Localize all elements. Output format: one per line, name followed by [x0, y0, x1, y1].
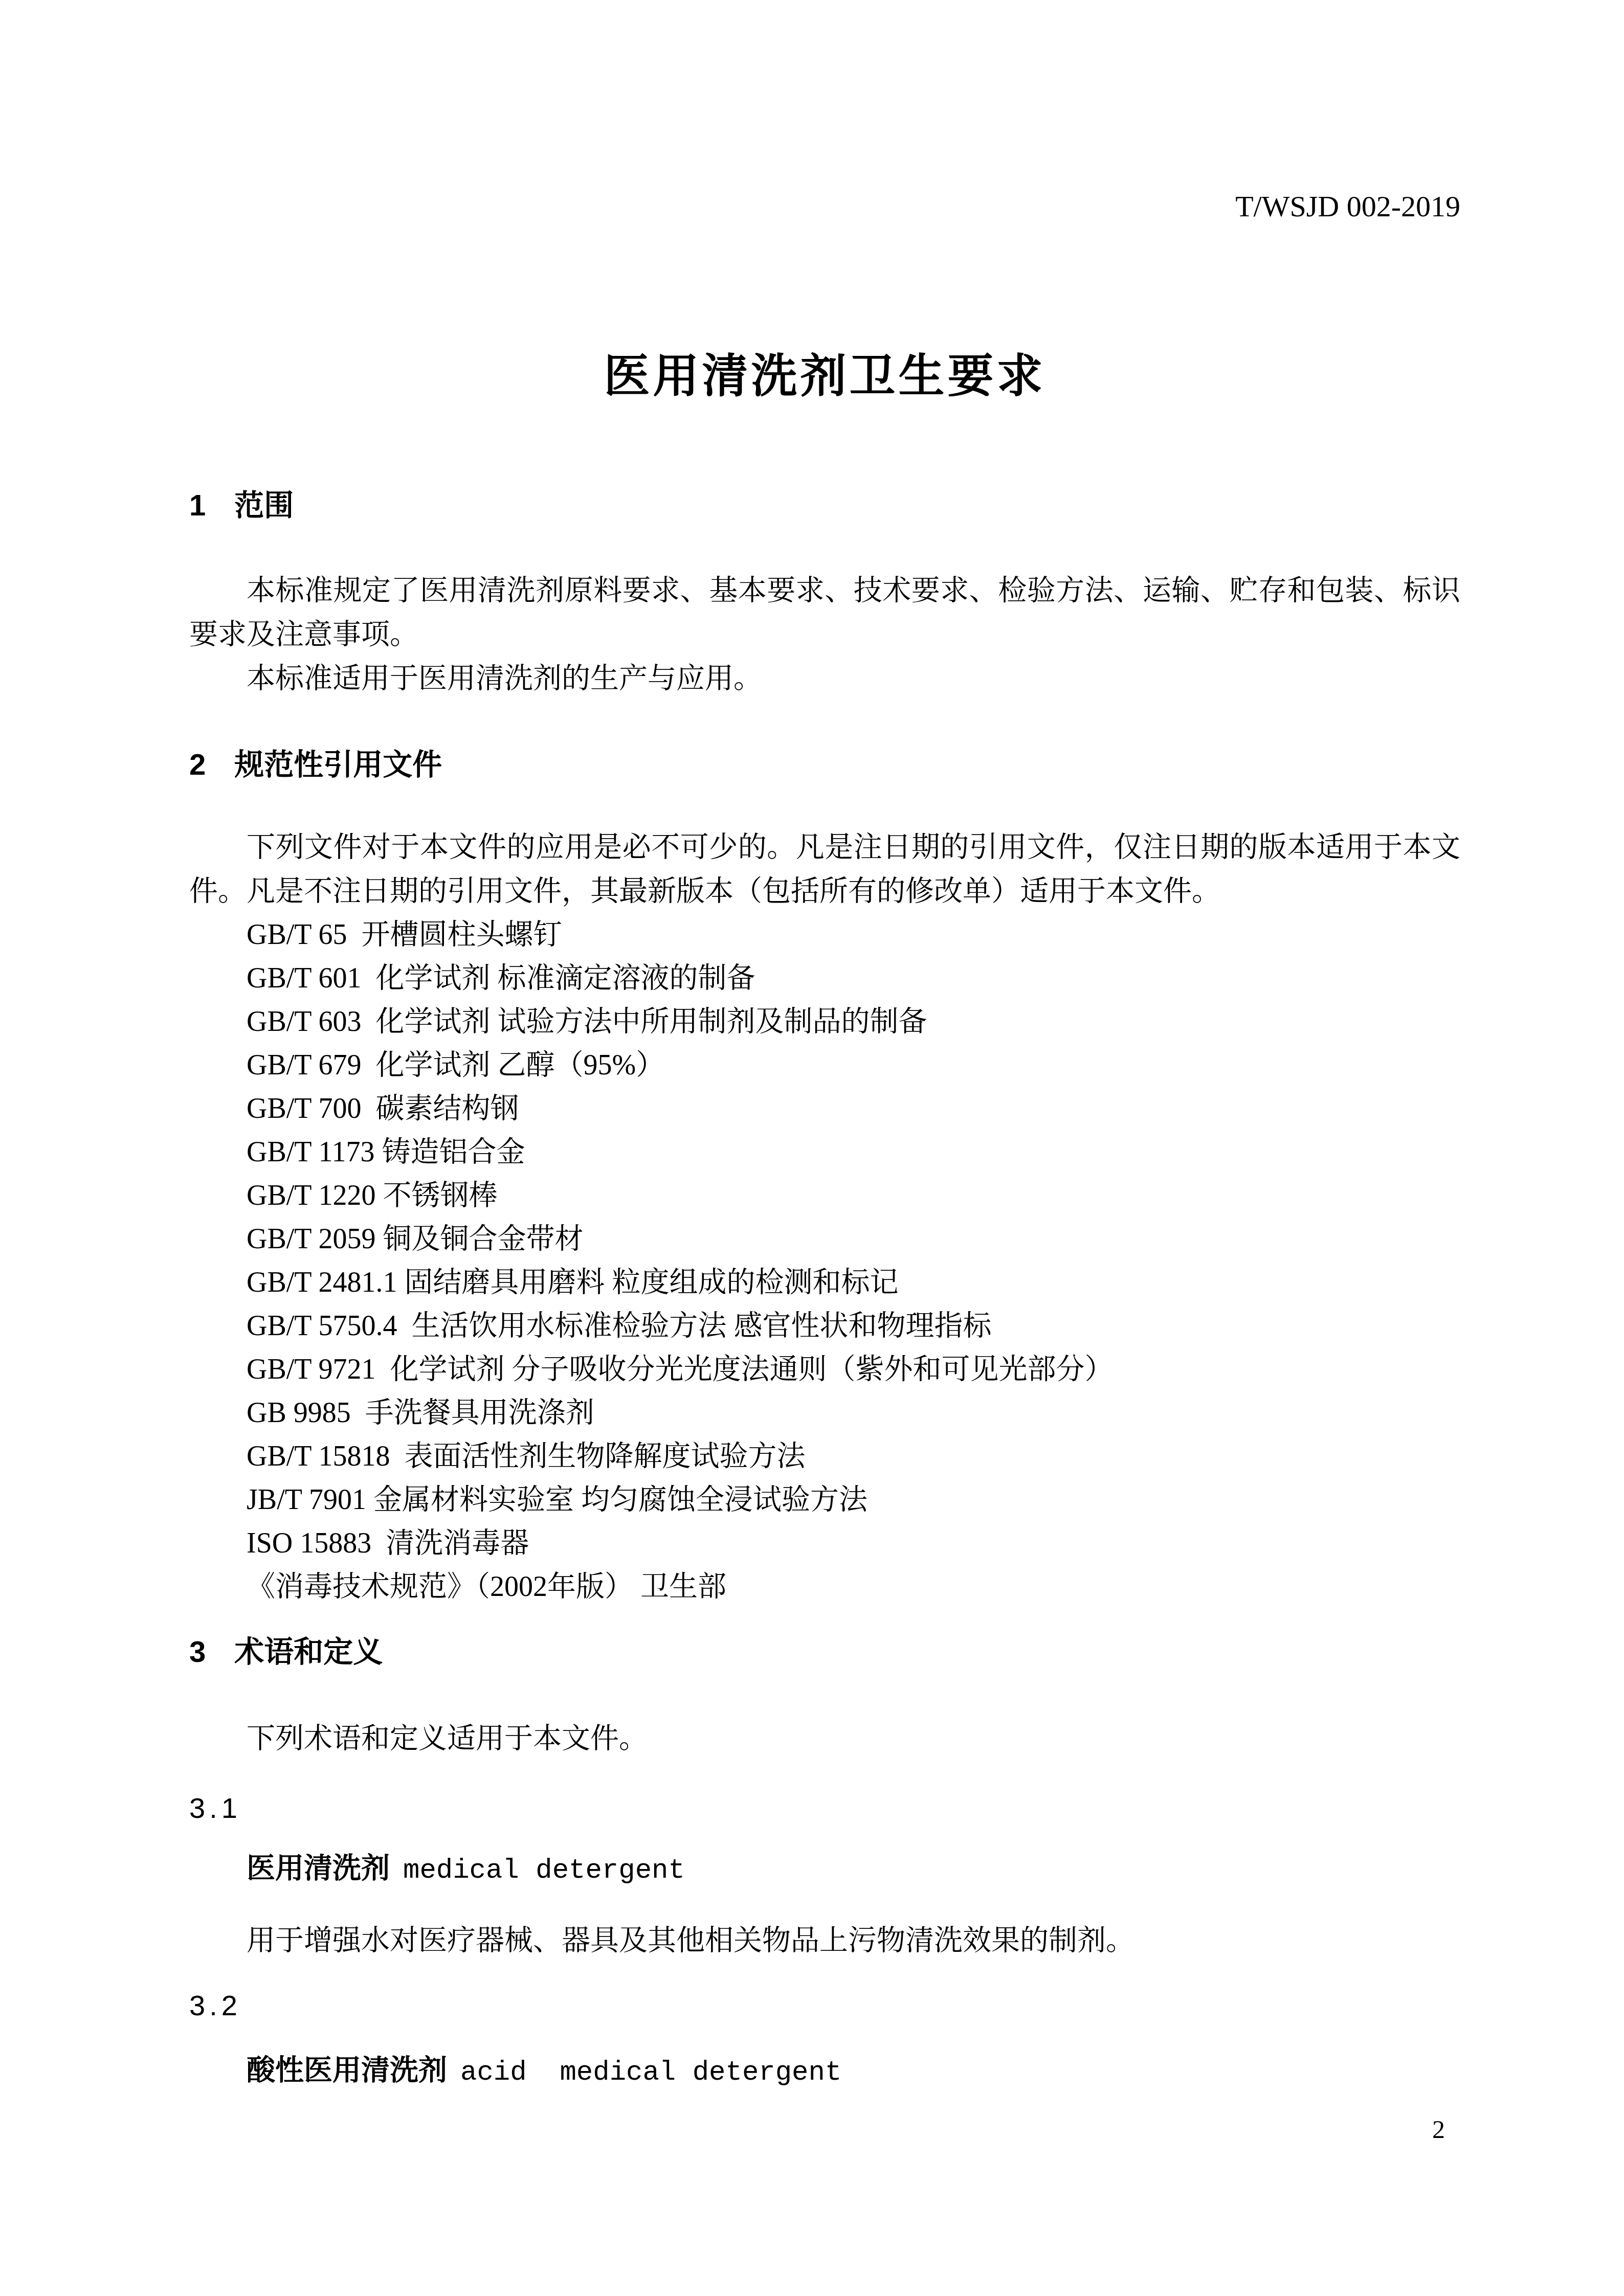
reference-item: GB/T 603 化学试剂 试验方法中所用制剂及制品的制备: [247, 1000, 1460, 1044]
document-title: 医用清洗剂卫生要求: [189, 353, 1460, 400]
reference-item: GB/T 1220 不锈钢棒: [247, 1174, 1460, 1218]
section-1-heading: 1范围: [189, 491, 1460, 521]
reference-item: ISO 15883 清洗消毒器: [247, 1522, 1460, 1565]
page-number: 2: [1432, 2116, 1445, 2143]
term-3-2-en: acid medical detergent: [460, 2057, 841, 2088]
term-3-1-en: medical detergent: [403, 1855, 685, 1886]
reference-item: JB/T 7901 金属材料实验室 均匀腐蚀全浸试验方法: [247, 1478, 1460, 1522]
reference-item: GB/T 5750.4 生活饮用水标准检验方法 感官性状和物理指标: [247, 1304, 1460, 1348]
document-page: T/WSJD 002-2019 医用清洗剂卫生要求 1范围 本标准规定了医用清洗…: [0, 0, 1624, 2296]
section-3-intro: 下列术语和定义适用于本文件。: [189, 1717, 1460, 1761]
section-2-title: 规范性引用文件: [234, 748, 442, 781]
section-1-paragraph-2: 本标准适用于医用清洗剂的生产与应用。: [189, 657, 1460, 701]
reference-item: GB/T 2059 铜及铜合金带材: [247, 1218, 1460, 1261]
section-1-body: 本标准规定了医用清洗剂原料要求、基本要求、技术要求、检验方法、运输、贮存和包装、…: [189, 569, 1460, 701]
reference-item: GB/T 679 化学试剂 乙醇（95%）: [247, 1044, 1460, 1087]
reference-item: GB/T 15818 表面活性剂生物降解度试验方法: [247, 1435, 1460, 1478]
reference-item: GB/T 9721 化学试剂 分子吸收分光光度法通则（紫外和可见光部分）: [247, 1348, 1460, 1391]
term-3-1-zh: 医用清洗剂: [247, 1852, 390, 1884]
section-2-number: 2: [189, 750, 207, 780]
section-3-heading: 3术语和定义: [189, 1637, 1460, 1667]
section-3-title: 术语和定义: [234, 1635, 383, 1669]
section-2-intro: 下列文件对于本文件的应用是必不可少的。凡是注日期的引用文件，仅注日期的版本适用于…: [189, 825, 1460, 913]
reference-item: GB/T 2481.1 固结磨具用磨料 粒度组成的检测和标记: [247, 1261, 1460, 1304]
reference-item: 《消毒技术规范》（2002年版） 卫生部: [247, 1565, 1460, 1609]
reference-item: GB/T 601 化学试剂 标准滴定溶液的制备: [247, 957, 1460, 1000]
term-3-2-zh: 酸性医用清洗剂: [247, 2054, 447, 2086]
normative-references-list: GB/T 65 开槽圆柱头螺钉 GB/T 601 化学试剂 标准滴定溶液的制备 …: [189, 913, 1460, 1609]
section-3-number: 3: [189, 1637, 207, 1667]
term-3-1-definition: 用于增强水对医疗器械、器具及其他相关物品上污物清洗效果的制剂。: [189, 1919, 1460, 1963]
section-1-number: 1: [189, 491, 207, 521]
reference-item: GB/T 1173 铸造铝合金: [247, 1131, 1460, 1174]
reference-item: GB/T 700 碳素结构钢: [247, 1087, 1460, 1131]
section-1-paragraph-1: 本标准规定了医用清洗剂原料要求、基本要求、技术要求、检验方法、运输、贮存和包装、…: [189, 569, 1460, 657]
term-3-1-number: 3.1: [189, 1786, 1460, 1830]
reference-item: GB 9985 手洗餐具用洗涤剂: [247, 1391, 1460, 1435]
term-3-2-number: 3.2: [189, 1984, 1460, 2028]
section-2-heading: 2规范性引用文件: [189, 750, 1460, 780]
term-3-1-heading: 医用清洗剂medical detergent: [189, 1846, 1460, 1898]
section-1-title: 范围: [234, 489, 294, 522]
reference-item: GB/T 65 开槽圆柱头螺钉: [247, 913, 1460, 957]
header-doc-number: T/WSJD 002-2019: [189, 192, 1460, 221]
term-3-2-heading: 酸性医用清洗剂acid medical detergent: [189, 2048, 1460, 2100]
page-content: T/WSJD 002-2019 医用清洗剂卫生要求 1范围 本标准规定了医用清洗…: [0, 0, 1624, 2296]
